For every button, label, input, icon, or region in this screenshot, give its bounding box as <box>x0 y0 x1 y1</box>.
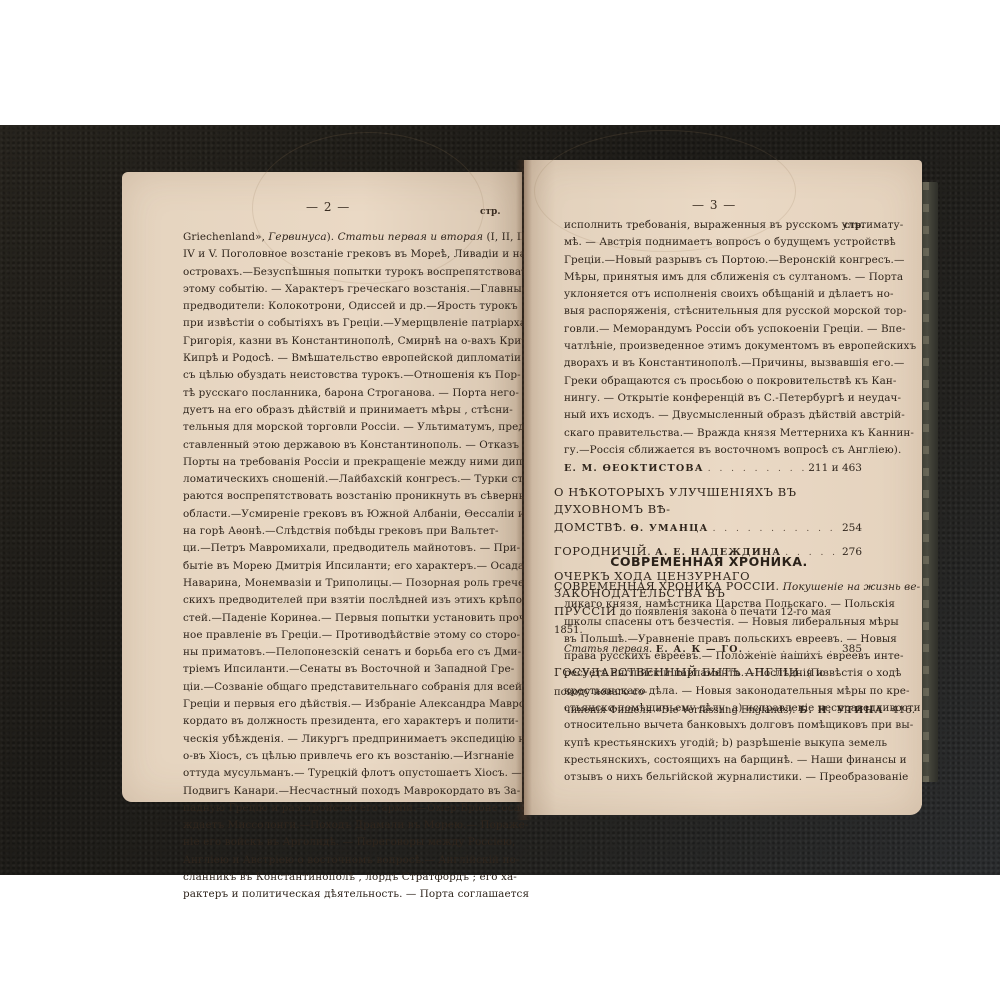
text-line: о-въ Хіосъ, съ цѣлью привлечь его къ воз… <box>183 748 459 765</box>
text-line: предводители: Колокотрони, Одиссей и др.… <box>183 298 459 315</box>
text-line: дворахъ и въ Константинополѣ.—Причины, в… <box>564 355 834 372</box>
text-line: при извѣстіи о событіяхъ въ Греціи.—Умер… <box>183 315 459 332</box>
section-heading: СОВРЕМЕННАЯ ХРОНИКА. <box>544 554 874 569</box>
text-line: бытіе въ Морею Дмитрія Ипсиланти; его ха… <box>183 558 459 575</box>
text-line: ставленный этою державою въ Константиноп… <box>183 437 459 454</box>
text-line: гу.—Россія сближается въ восточномъ вопр… <box>564 442 834 459</box>
text-line: въ Польшѣ.—Уравненіе правъ польскихъ евр… <box>564 631 862 648</box>
text-line: говли.— Меморандумъ Россіи объ успокоені… <box>564 321 834 338</box>
page-number: — 2 — <box>306 200 350 214</box>
text-line: Мѣры, принятыя имъ для сближенія съ султ… <box>564 269 834 286</box>
text-line: Греціи.—Новый разрывъ съ Портою.—Веронск… <box>564 252 834 269</box>
text-line: сланникъ въ Константинополѣ , лордъ Стра… <box>183 869 459 886</box>
text-line: IV и V. Поголовное возстаніе грековъ въ … <box>183 246 459 263</box>
text-line: чатлѣніе, произведенное этимъ документом… <box>564 338 834 355</box>
text-line: стьянско-помѣщичьему дѣлу: а) исправлені… <box>564 700 862 717</box>
toc-page: 211 и 463 <box>808 460 862 478</box>
toc-entry: О НѢКОТОРЫХЪ УЛУЧШЕНІЯХЪ ВЪ ДУХОВНОМЪ ВѢ… <box>554 484 862 539</box>
text-line: исполнить требованія, выраженныя въ русс… <box>564 217 834 234</box>
chronicle-text: СОВРЕМЕННАЯ ХРОНИКА РОССІИ. Покушеніе на… <box>564 578 862 787</box>
text-line: права русскихъ евреевъ.— Положеніе наших… <box>564 648 862 665</box>
open-book: — 2 — стр. Griechenland», Гервинуса). Ст… <box>0 0 1000 1000</box>
text-line: купѣ крестьянскихъ угодій; b) разрѣшеніе… <box>564 735 862 752</box>
text-line: ломатическихъ сношеній.—Лайбахскій конгр… <box>183 471 459 488</box>
text-line: падную Грецію и разстройство его арміи.—… <box>183 800 459 817</box>
text-line: стей.—Паденіе Коринѳа.— Первыя попытки у… <box>183 610 459 627</box>
text-line: скихъ предводителей при взятіи послѣдней… <box>183 592 459 609</box>
leader-dots: . . . . . . . . . . . . . . . . . . . . … <box>708 461 805 479</box>
text-line: Греки обращаются съ просьбою о покровите… <box>564 373 834 390</box>
text-line: дуетъ на его образъ дѣйствій и принимает… <box>183 402 459 419</box>
text-line: отзывъ о нихъ бельгійской журналистики. … <box>564 769 862 786</box>
text-line: тріемъ Ипсиланти.—Сенаты въ Восточной и … <box>183 661 459 678</box>
text-line: ликаго князя, намѣстника Царства Польска… <box>564 596 862 613</box>
text-line: тельныя для морской торговли Россіи. — У… <box>183 419 459 436</box>
right-page: — 3 — стр. исполнить требованія, выражен… <box>524 160 922 815</box>
text-line: Подвигъ Канари.—Несчастный походъ Маврок… <box>183 783 459 800</box>
text-line: ный ихъ исходъ. — Двусмысленный образъ д… <box>564 407 834 424</box>
text-line: ны приматовъ.—Пелопонезскій сенатъ и бор… <box>183 644 459 661</box>
text-line: СОВРЕМЕННАЯ ХРОНИКА РОССІИ. Покушеніе на… <box>554 578 862 596</box>
text-line: Наварина, Монемвазіи и Триполицы.— Позор… <box>183 575 459 592</box>
text-line: ніе его войскъ въ Арголидѣ. — Переговоры… <box>183 834 459 851</box>
text-line: мѣ. — Австрія поднимаетъ вопросъ о будущ… <box>564 234 834 251</box>
text-line: раются воспрепятствовать возстанію прони… <box>183 488 459 505</box>
text-line: ресуетъ англійскій парламентъ.—Послѣднія… <box>564 665 862 682</box>
text-line: кордато въ должность президента, его хар… <box>183 713 459 730</box>
text-line: Порты на требованія Россіи и прекращеніе… <box>183 454 459 471</box>
text-line: тѣ русскаго посланника, барона Строганов… <box>183 385 459 402</box>
text-line: съ цѣлью обуздать неистовства турокъ.—От… <box>183 367 459 384</box>
text-line: крестьянскихъ, состоящихъ на барщинѣ. — … <box>564 752 862 769</box>
text-line: крестьянскаго дѣла. — Новыя законодатель… <box>564 683 862 700</box>
text-line: ное правленіе въ Греціи.— Противодѣйстві… <box>183 627 459 644</box>
page-number: — 3 — <box>692 198 736 212</box>
book-spine <box>920 182 938 782</box>
text-line: Кипрѣ и Родосѣ. — Вмѣшательство европейс… <box>183 350 459 367</box>
toc-entry: Е. М. ѲЕОКТИСТОВА . . . . . . . . . . . … <box>564 460 862 479</box>
left-page: — 2 — стр. Griechenland», Гервинуса). Ст… <box>122 172 522 802</box>
text-line: ціи.—Созваніе общаго представительнаго с… <box>183 679 459 696</box>
text-line: ци.—Петръ Мавромихали, предводитель майн… <box>183 540 459 557</box>
toc-page: 254 <box>842 520 862 538</box>
book-gutter <box>516 160 532 820</box>
text-line: выя распоряженія, стѣснительныя для русс… <box>564 303 834 320</box>
text-line: на горѣ Аѳонѣ.—Слѣдствія побѣды грековъ … <box>183 523 459 540</box>
text-line: уклоняется отъ исполненія своихъ обѣщані… <box>564 286 834 303</box>
text-line: оттуда мусульманъ.— Турецкій флотъ опуст… <box>183 765 459 782</box>
text-line: скаго правительства.— Вражда князя Метте… <box>564 425 834 442</box>
text-line: ждаетъ Миссолонги.—Походъ Драмали въ Мор… <box>183 817 459 834</box>
left-text-column: Griechenland», Гервинуса). Статьи первая… <box>183 229 459 904</box>
text-line: островахъ.—Безуспѣшныя попытки турокъ во… <box>183 264 459 281</box>
continuation-text: исполнить требованія, выраженныя въ русс… <box>564 217 834 459</box>
text-line: этому событію. — Характеръ греческаго во… <box>183 281 459 298</box>
text-line: нингу. — Открытіе конференцій въ С.-Пете… <box>564 390 834 407</box>
text-line: Griechenland», Гервинуса). Статьи первая… <box>183 229 459 246</box>
text-line: области.—Усмиреніе грековъ въ Южной Алба… <box>183 506 459 523</box>
text-line: Англіею и Австріею о восточномъ вопросѣ.… <box>183 852 459 869</box>
text-line: ческія убѣжденія. — Ликургъ предпринимае… <box>183 731 459 748</box>
text-line: Григорія, казни въ Константинополѣ, Смир… <box>183 333 459 350</box>
leader-dots: . . . . . . . . . . . . . . . . . . . . … <box>713 521 838 539</box>
text-line: Греціи и первыя его дѣйствія.— Избраніе … <box>183 696 459 713</box>
text-line: школы спасены отъ безчестія. — Новыя либ… <box>564 614 862 631</box>
text-line: рактеръ и политическая дѣятельность. — П… <box>183 886 459 903</box>
text-line: относительно вычета банковыхъ долговъ по… <box>564 717 862 734</box>
column-label: стр. <box>480 207 500 217</box>
